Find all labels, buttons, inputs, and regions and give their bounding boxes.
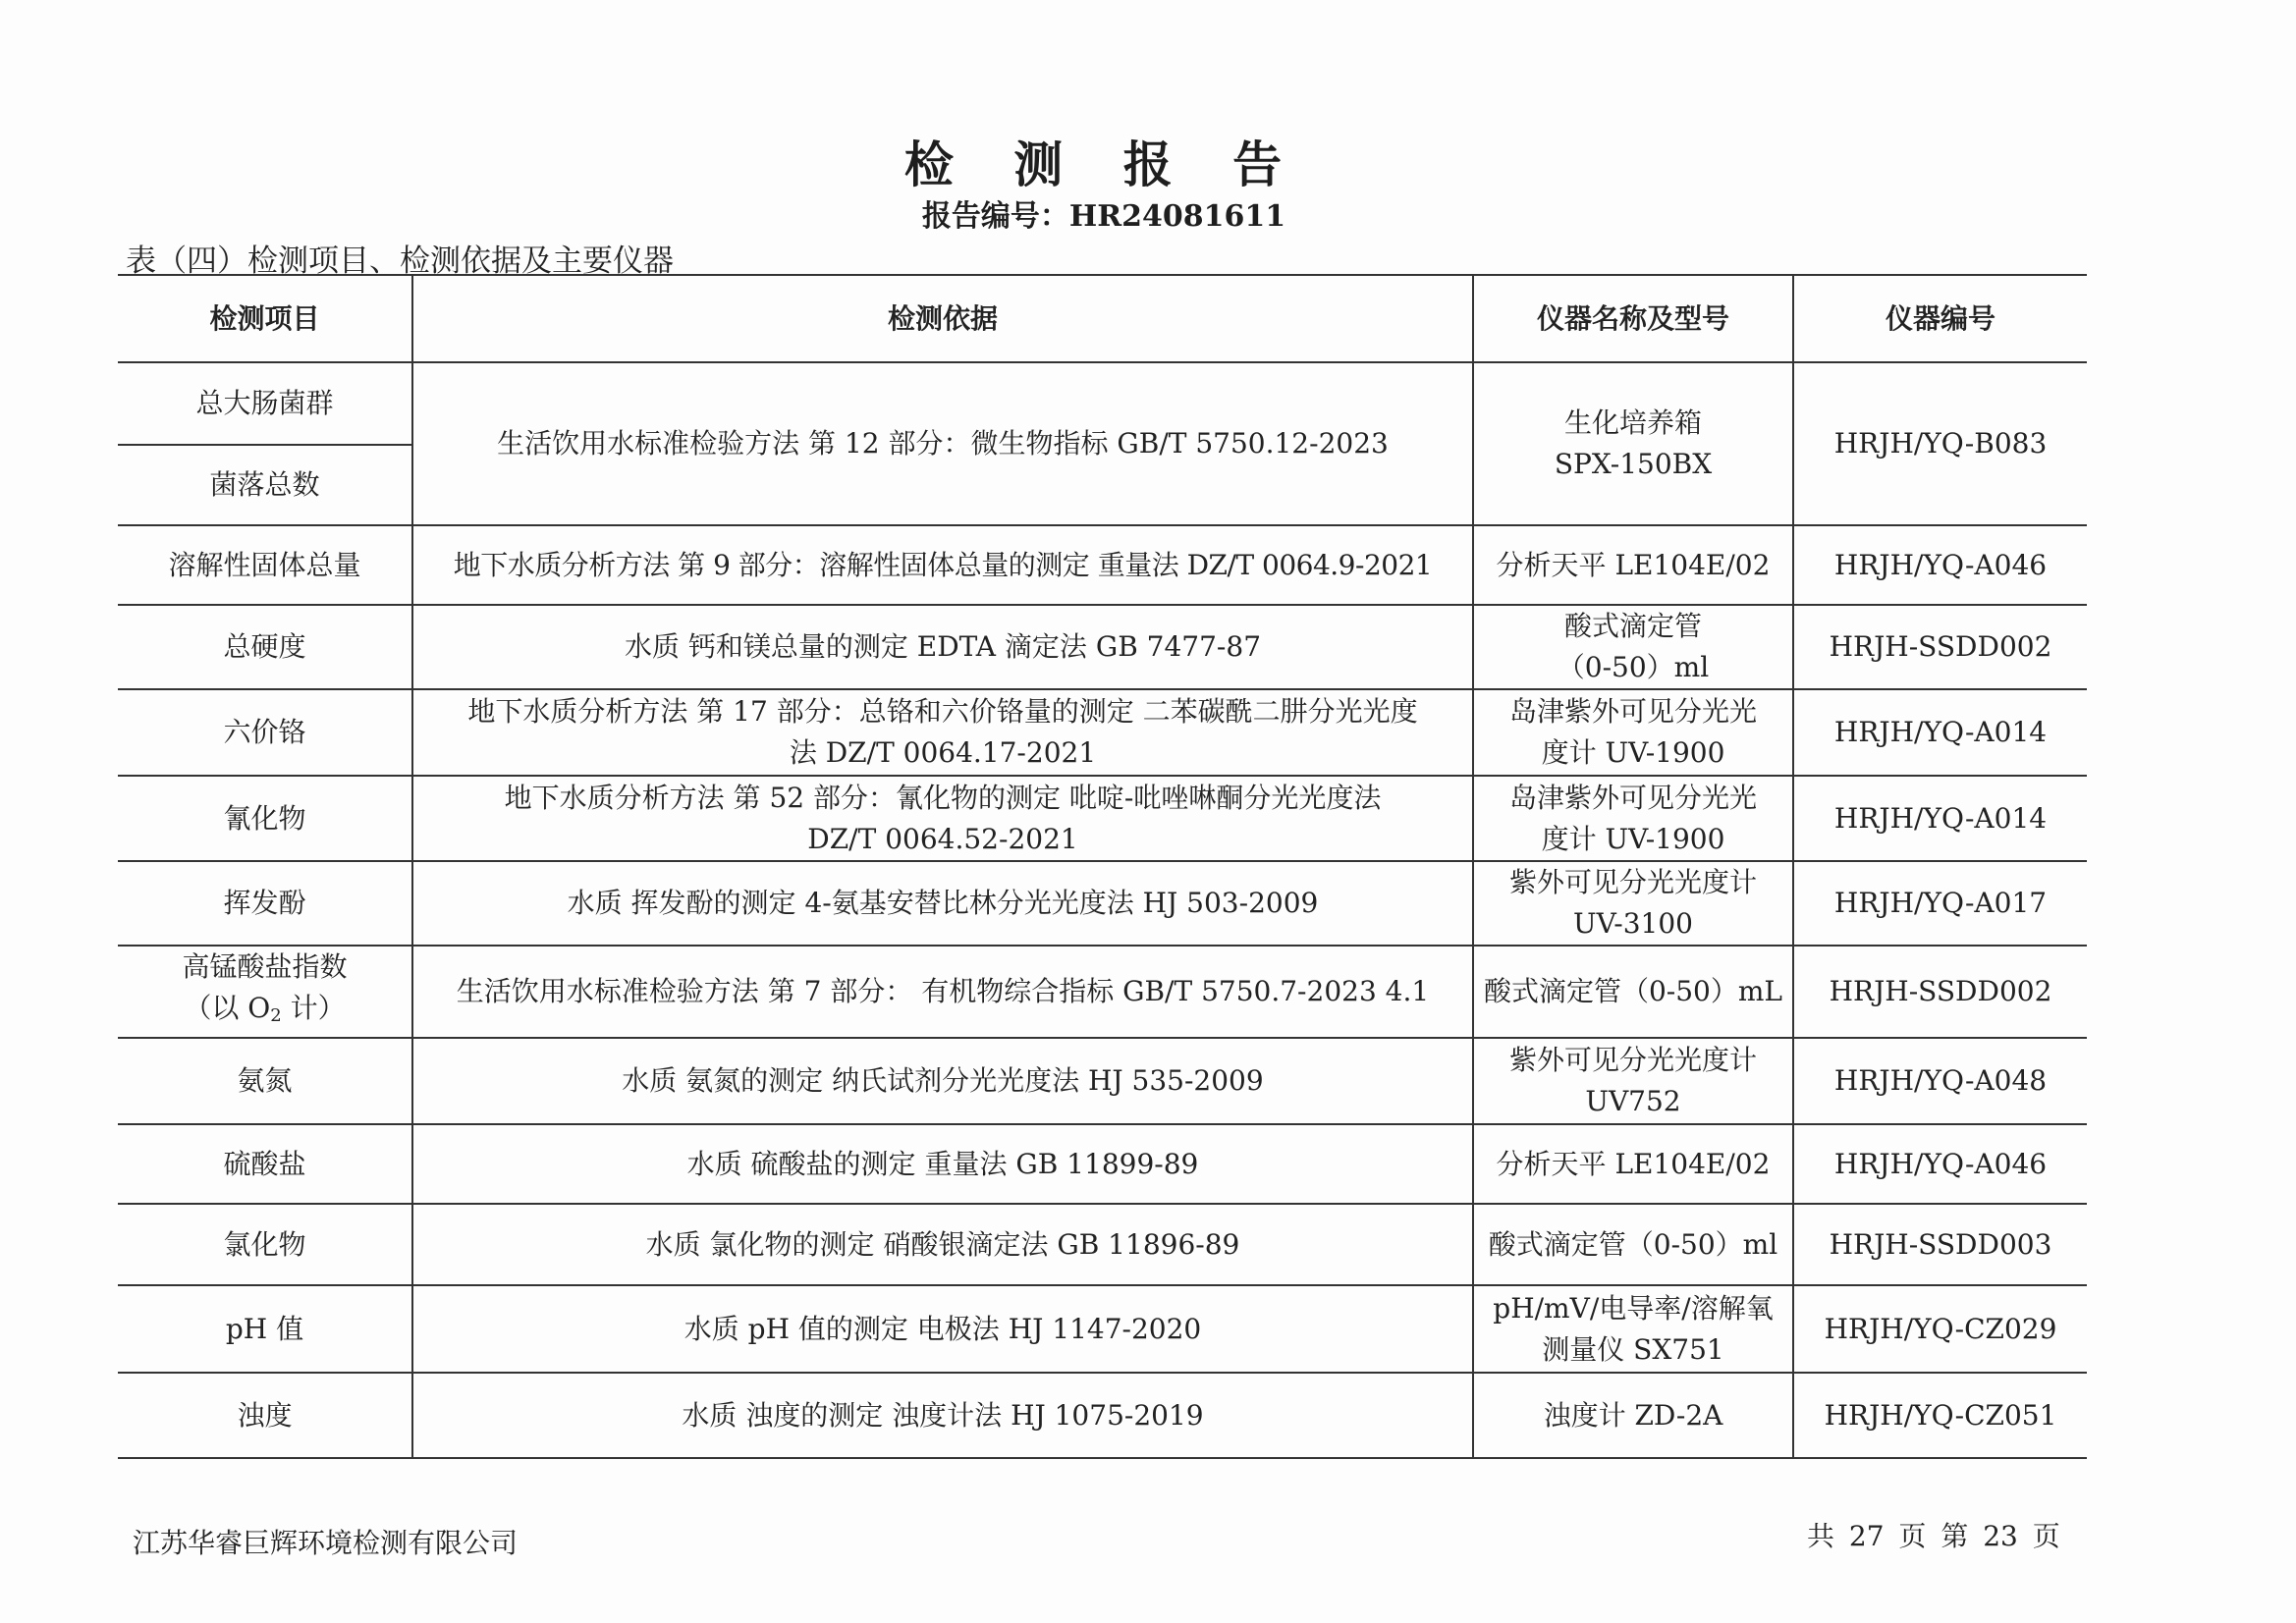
cell-item: 挥发酚 <box>118 861 412 946</box>
cell-instrument: 酸式滴定管（0-50）ml <box>1473 1204 1793 1285</box>
company-name: 江苏华睿巨辉环境检测有限公司 <box>133 1522 518 1561</box>
cell-basis: 水质 钙和镁总量的测定 EDTA 滴定法 GB 7477-87 <box>412 605 1473 689</box>
instrument-line: 岛津紫外可见分光光 <box>1480 778 1786 819</box>
header-test-item: 检测项目 <box>118 275 412 362</box>
cell-instrument-id: HRJH/YQ-A048 <box>1793 1038 2087 1124</box>
cell-basis: 水质 氨氮的测定 纳氏试剂分光光度法 HJ 535-2009 <box>412 1038 1473 1124</box>
cell-instrument-id: HRJH/YQ-CZ051 <box>1793 1373 2087 1458</box>
cell-instrument: 生化培养箱SPX-150BX <box>1473 362 1793 525</box>
cell-instrument: 岛津紫外可见分光光度计 UV-1900 <box>1473 689 1793 776</box>
table-row: pH 值 水质 pH 值的测定 电极法 HJ 1147-2020 pH/mV/电… <box>118 1285 2087 1373</box>
header-instrument-id: 仪器编号 <box>1793 275 2087 362</box>
instrument-line: 测量仪 SX751 <box>1480 1329 1786 1371</box>
cell-instrument: 酸式滴定管（0-50）ml <box>1473 605 1793 689</box>
cell-basis: 生活饮用水标准检验方法 第 7 部分： 有机物综合指标 GB/T 5750.7-… <box>412 946 1473 1038</box>
item-line: 高锰酸盐指数 <box>124 947 406 988</box>
cell-basis: 水质 挥发酚的测定 4-氨基安替比林分光光度法 HJ 503-2009 <box>412 861 1473 946</box>
instrument-line: UV-3100 <box>1480 903 1786 945</box>
instrument-line: 生化培养箱 <box>1480 403 1786 444</box>
test-items-table: 检测项目 检测依据 仪器名称及型号 仪器编号 总大肠菌群 生活饮用水标准检验方法… <box>118 274 2087 1459</box>
cell-item: 硫酸盐 <box>118 1124 412 1204</box>
cell-instrument-id: HRJH-SSDD002 <box>1793 946 2087 1038</box>
table-row: 总大肠菌群 生活饮用水标准检验方法 第 12 部分：微生物指标 GB/T 575… <box>118 362 2087 445</box>
header-instrument-name: 仪器名称及型号 <box>1473 275 1793 362</box>
cell-instrument-id: HRJH/YQ-A017 <box>1793 861 2087 946</box>
instrument-line: （0-50）ml <box>1480 647 1786 688</box>
table-row: 浊度 水质 浊度的测定 浊度计法 HJ 1075-2019 浊度计 ZD-2A … <box>118 1373 2087 1458</box>
table-row: 六价铬 地下水质分析方法 第 17 部分：总铬和六价铬量的测定 二苯碳酰二肼分光… <box>118 689 2087 776</box>
cell-item: 氨氮 <box>118 1038 412 1124</box>
cell-instrument-id: HRJH/YQ-CZ029 <box>1793 1285 2087 1373</box>
cell-item: 氯化物 <box>118 1204 412 1285</box>
instrument-line: 岛津紫外可见分光光 <box>1480 691 1786 732</box>
cell-item: 浊度 <box>118 1373 412 1458</box>
cell-basis: 水质 硫酸盐的测定 重量法 GB 11899-89 <box>412 1124 1473 1204</box>
cell-basis: 水质 浊度的测定 浊度计法 HJ 1075-2019 <box>412 1373 1473 1458</box>
cell-basis: 地下水质分析方法 第 52 部分：氰化物的测定 吡啶-吡唑啉酮分光光度法DZ/T… <box>412 776 1473 861</box>
cell-instrument: 紫外可见分光光度计UV-3100 <box>1473 861 1793 946</box>
cell-instrument: 浊度计 ZD-2A <box>1473 1373 1793 1458</box>
cell-basis: 水质 氯化物的测定 硝酸银滴定法 GB 11896-89 <box>412 1204 1473 1285</box>
cell-item: 菌落总数 <box>118 445 412 525</box>
document-title: 检 测 报 告 <box>0 126 2208 196</box>
table-row: 氨氮 水质 氨氮的测定 纳氏试剂分光光度法 HJ 535-2009 紫外可见分光… <box>118 1038 2087 1124</box>
instrument-line: pH/mV/电导率/溶解氧 <box>1480 1288 1786 1329</box>
table-row: 溶解性固体总量 地下水质分析方法 第 9 部分：溶解性固体总量的测定 重量法 D… <box>118 525 2087 605</box>
cell-item: 总大肠菌群 <box>118 362 412 445</box>
instrument-line: UV752 <box>1480 1081 1786 1122</box>
table-row: 硫酸盐 水质 硫酸盐的测定 重量法 GB 11899-89 分析天平 LE104… <box>118 1124 2087 1204</box>
cell-basis: 水质 pH 值的测定 电极法 HJ 1147-2020 <box>412 1285 1473 1373</box>
cell-basis: 地下水质分析方法 第 17 部分：总铬和六价铬量的测定 二苯碳酰二肼分光光度法 … <box>412 689 1473 776</box>
cell-instrument-id: HRJH-SSDD003 <box>1793 1204 2087 1285</box>
cell-item: 溶解性固体总量 <box>118 525 412 605</box>
cell-item: pH 值 <box>118 1285 412 1373</box>
instrument-line: 酸式滴定管 <box>1480 606 1786 647</box>
cell-instrument-id: HRJH/YQ-A014 <box>1793 689 2087 776</box>
cell-item: 六价铬 <box>118 689 412 776</box>
cell-item: 总硬度 <box>118 605 412 689</box>
table-row: 氰化物 地下水质分析方法 第 52 部分：氰化物的测定 吡啶-吡唑啉酮分光光度法… <box>118 776 2087 861</box>
cell-instrument: pH/mV/电导率/溶解氧测量仪 SX751 <box>1473 1285 1793 1373</box>
instrument-line: 紫外可见分光光度计 <box>1480 862 1786 903</box>
table-header-row: 检测项目 检测依据 仪器名称及型号 仪器编号 <box>118 275 2087 362</box>
instrument-line: 紫外可见分光光度计 <box>1480 1040 1786 1081</box>
item-text: 计） <box>282 992 346 1024</box>
cell-instrument-id: HRJH/YQ-A046 <box>1793 525 2087 605</box>
cell-instrument: 分析天平 LE104E/02 <box>1473 525 1793 605</box>
page-info: 共 27 页 第 23 页 <box>1807 1515 2060 1554</box>
table-row: 挥发酚 水质 挥发酚的测定 4-氨基安替比林分光光度法 HJ 503-2009 … <box>118 861 2087 946</box>
table-row: 高锰酸盐指数（以 O2 计） 生活饮用水标准检验方法 第 7 部分： 有机物综合… <box>118 946 2087 1038</box>
cell-item: 氰化物 <box>118 776 412 861</box>
basis-line: 地下水质分析方法 第 52 部分：氰化物的测定 吡啶-吡唑啉酮分光光度法 <box>419 778 1466 819</box>
basis-line: DZ/T 0064.52-2021 <box>419 819 1466 860</box>
item-line: （以 O2 计） <box>124 988 406 1037</box>
cell-instrument: 酸式滴定管（0-50）mL <box>1473 946 1793 1038</box>
basis-line: 法 DZ/T 0064.17-2021 <box>419 732 1466 774</box>
header-test-basis: 检测依据 <box>412 275 1473 362</box>
cell-instrument: 紫外可见分光光度计UV752 <box>1473 1038 1793 1124</box>
subscript: 2 <box>270 1005 281 1026</box>
report-number: 报告编号：HR24081611 <box>0 191 2208 235</box>
item-text: （以 O <box>184 992 270 1024</box>
cell-instrument-id: HRJH-SSDD002 <box>1793 605 2087 689</box>
cell-instrument-id: HRJH/YQ-B083 <box>1793 362 2087 525</box>
instrument-line: SPX-150BX <box>1480 444 1786 485</box>
instrument-line: 度计 UV-1900 <box>1480 819 1786 860</box>
report-number-value: HR24081611 <box>1069 199 1285 234</box>
cell-instrument-id: HRJH/YQ-A014 <box>1793 776 2087 861</box>
table-row: 氯化物 水质 氯化物的测定 硝酸银滴定法 GB 11896-89 酸式滴定管（0… <box>118 1204 2087 1285</box>
cell-instrument: 分析天平 LE104E/02 <box>1473 1124 1793 1204</box>
cell-item: 高锰酸盐指数（以 O2 计） <box>118 946 412 1038</box>
cell-instrument-id: HRJH/YQ-A046 <box>1793 1124 2087 1204</box>
cell-instrument: 岛津紫外可见分光光度计 UV-1900 <box>1473 776 1793 861</box>
table-row: 总硬度 水质 钙和镁总量的测定 EDTA 滴定法 GB 7477-87 酸式滴定… <box>118 605 2087 689</box>
basis-line: 地下水质分析方法 第 17 部分：总铬和六价铬量的测定 二苯碳酰二肼分光光度 <box>419 691 1466 732</box>
cell-basis: 生活饮用水标准检验方法 第 12 部分：微生物指标 GB/T 5750.12-2… <box>412 362 1473 525</box>
instrument-line: 度计 UV-1900 <box>1480 732 1786 774</box>
report-number-label: 报告编号： <box>922 199 1069 234</box>
cell-basis: 地下水质分析方法 第 9 部分：溶解性固体总量的测定 重量法 DZ/T 0064… <box>412 525 1473 605</box>
